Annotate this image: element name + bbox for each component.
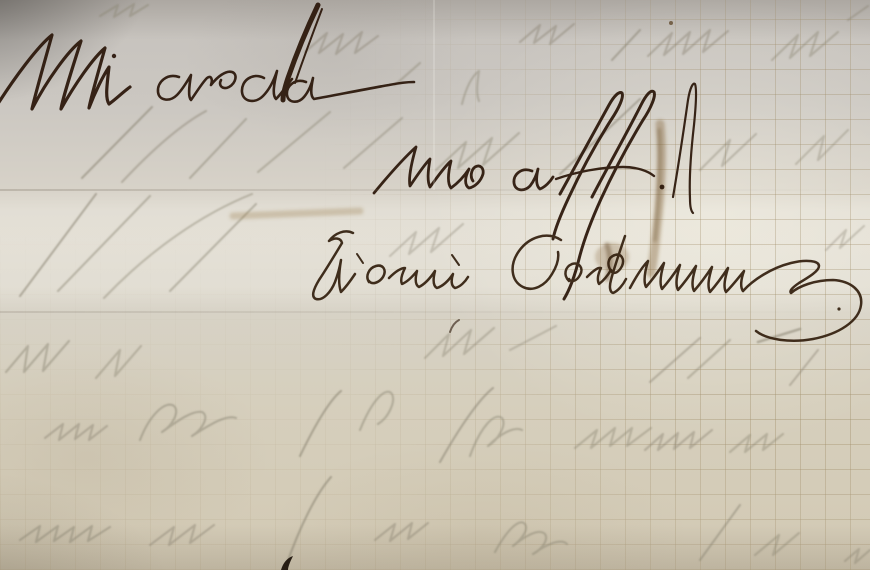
ghost-stroke: [510, 326, 556, 350]
ink-tuo: [374, 147, 483, 193]
ink-tick: [450, 320, 459, 332]
ink-f1: [553, 93, 622, 239]
ghost-stroke: [470, 417, 522, 456]
ghost-stroke: [612, 30, 640, 60]
fold-crease-lower: [0, 311, 870, 313]
ghost-stroke: [826, 226, 864, 250]
ghost-stroke: [848, 6, 868, 20]
ghost-stroke: [286, 477, 331, 566]
ghost-stroke: [730, 434, 783, 452]
ghost-stroke: [700, 505, 740, 560]
ghost-stroke: [360, 392, 393, 430]
ghost-stroke: [648, 30, 728, 56]
ghost-stroke: [140, 405, 236, 440]
ghost-stroke: [688, 340, 730, 378]
ink-mark-bottom-edge: [281, 556, 293, 570]
handwriting-artwork: [0, 0, 870, 570]
handwriting-signature-line: [313, 231, 861, 340]
ink-accent-1: [357, 254, 363, 263]
ghost-stroke: [390, 224, 463, 256]
ghost-stroke: [20, 526, 110, 542]
ghost-stroke: [150, 525, 214, 545]
ghost-stroke: [20, 194, 96, 296]
ghost-stroke: [58, 196, 150, 291]
ink-flourish: [743, 261, 861, 341]
ghost-stroke: [190, 119, 246, 178]
ink-a: [514, 169, 553, 190]
ghost-stroke: [845, 549, 870, 563]
ghost-stroke: [495, 522, 567, 554]
ink-mi: [0, 35, 130, 110]
ghost-stroke: [6, 341, 69, 372]
ghost-stroke: [45, 424, 107, 440]
ghost-stroke: [425, 328, 494, 358]
ghost-stroke: [100, 4, 148, 17]
ghost-stroke: [796, 130, 848, 164]
ink-i-dot: [112, 54, 116, 58]
ghost-stroke: [575, 428, 651, 448]
ghost-stroke: [790, 350, 818, 385]
handwriting-closing-line: [0, 5, 414, 110]
manuscript-photo: Mi creda tuo aff. Giosuè Carducci: [0, 0, 870, 570]
ink-cre: [158, 72, 236, 100]
fold-crease-upper: [0, 189, 870, 191]
ink-a-tail: [287, 78, 414, 102]
ghost-stroke: [755, 533, 799, 555]
ghost-stroke: [375, 523, 428, 541]
ghost-stroke: [96, 346, 141, 378]
ghost-stroke: [122, 111, 206, 182]
ghost-stroke: [305, 32, 378, 54]
ghost-stroke: [462, 71, 479, 104]
ink-stains: [233, 124, 661, 279]
ink-osue: [367, 266, 468, 288]
ink-g-capital: [313, 231, 355, 299]
stain-horizontal: [233, 211, 360, 216]
ghost-stroke: [258, 112, 330, 172]
ghost-stroke: [344, 118, 402, 168]
ghost-stroke: [300, 391, 341, 456]
ghost-stroke: [82, 107, 152, 178]
ink-tall-loop: [673, 84, 696, 213]
ink-accent-2: [452, 255, 459, 265]
small-ink-marks: [281, 21, 673, 570]
fold-crease-vertical: [433, 0, 435, 190]
ghost-stroke: [520, 24, 574, 44]
ghost-stroke: [700, 134, 756, 170]
ink-ucci-minims: [630, 261, 744, 292]
ghost-stroke: [772, 32, 838, 60]
ghost-stroke: [645, 430, 712, 450]
ink-c-capital: [513, 236, 561, 289]
ink-speck-top: [669, 21, 673, 25]
